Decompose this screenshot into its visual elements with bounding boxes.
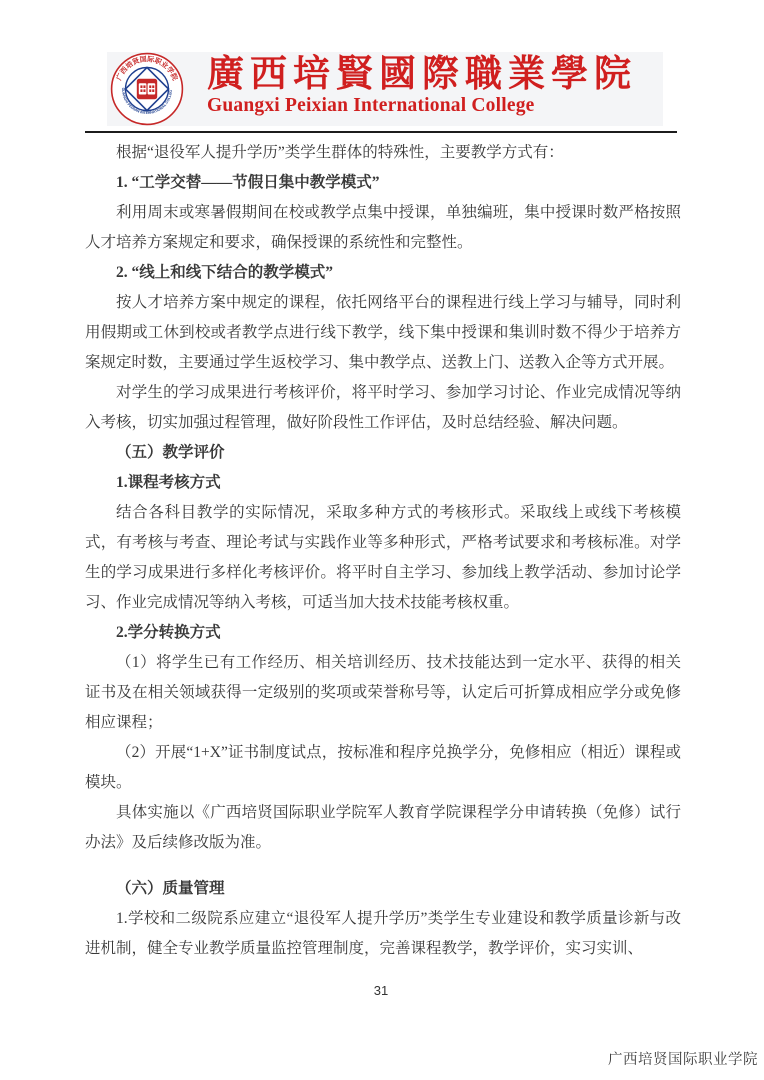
section-heading: 2. “线上和线下结合的教学模式” [85, 258, 681, 288]
paragraph: 根据“退役军人提升学历”类学生群体的特殊性，主要教学方式有： [85, 138, 681, 168]
paragraph: 1.学校和二级院系应建立“退役军人提升学历”类学生专业建设和教学质量诊新与改进机… [85, 904, 681, 964]
paragraph: 对学生的学习成果进行考核评价，将平时学习、参加学习讨论、作业完成情况等纳入考核，… [85, 378, 681, 438]
section-heading: （五）教学评价 [85, 438, 681, 468]
page-number: 31 [85, 983, 677, 998]
document-body: 根据“退役军人提升学历”类学生群体的特殊性，主要教学方式有：1. “工学交替——… [85, 138, 681, 964]
section-heading: 1. “工学交替——节假日集中教学模式” [85, 168, 681, 198]
college-name-zh: 廣西培賢國際職業學院 [207, 52, 663, 98]
college-titles: 廣西培賢國際職業學院 Guangxi Peixian International… [207, 52, 663, 126]
footer-org-name: 广西培贤国际职业学院 [608, 1048, 758, 1069]
college-seal-svg: 广西培贤国际职业学院 GUANGXI PEIXIAN INTERNATIONAL… [110, 52, 184, 126]
section-heading: （六）质量管理 [85, 874, 681, 904]
header-divider [85, 131, 677, 133]
paragraph: 具体实施以《广西培贤国际职业学院军人教育学院课程学分申请转换（免修）试行办法》及… [85, 798, 681, 858]
paragraph: 利用周末或寒暑假期间在校或教学点集中授课，单独编班，集中授课时数严格按照人才培养… [85, 198, 681, 258]
paragraph: 结合各科目教学的实际情况，采取多种方式的考核形式。采取线上或线下考核模式，有考核… [85, 498, 681, 618]
paragraph: 按人才培养方案中规定的课程，依托网络平台的课程进行线上学习与辅导，同时利用假期或… [85, 288, 681, 378]
paragraph: （2）开展“1+X”证书制度试点，按标准和程序兑换学分，免修相应（相近）课程或模… [85, 738, 681, 798]
section-heading: 1.课程考核方式 [85, 468, 681, 498]
document-page: 广西培贤国际职业学院 GUANGXI PEIXIAN INTERNATIONAL… [0, 0, 764, 1080]
college-name-en: Guangxi Peixian International College [207, 95, 663, 117]
paragraph: （1）将学生已有工作经历、相关培训经历、技术技能达到一定水平、获得的相关证书及在… [85, 648, 681, 738]
college-header: 广西培贤国际职业学院 GUANGXI PEIXIAN INTERNATIONAL… [107, 52, 663, 126]
open-book-icon [137, 79, 157, 99]
college-seal-icon: 广西培贤国际职业学院 GUANGXI PEIXIAN INTERNATIONAL… [110, 52, 184, 126]
section-heading: 2.学分转换方式 [85, 618, 681, 648]
